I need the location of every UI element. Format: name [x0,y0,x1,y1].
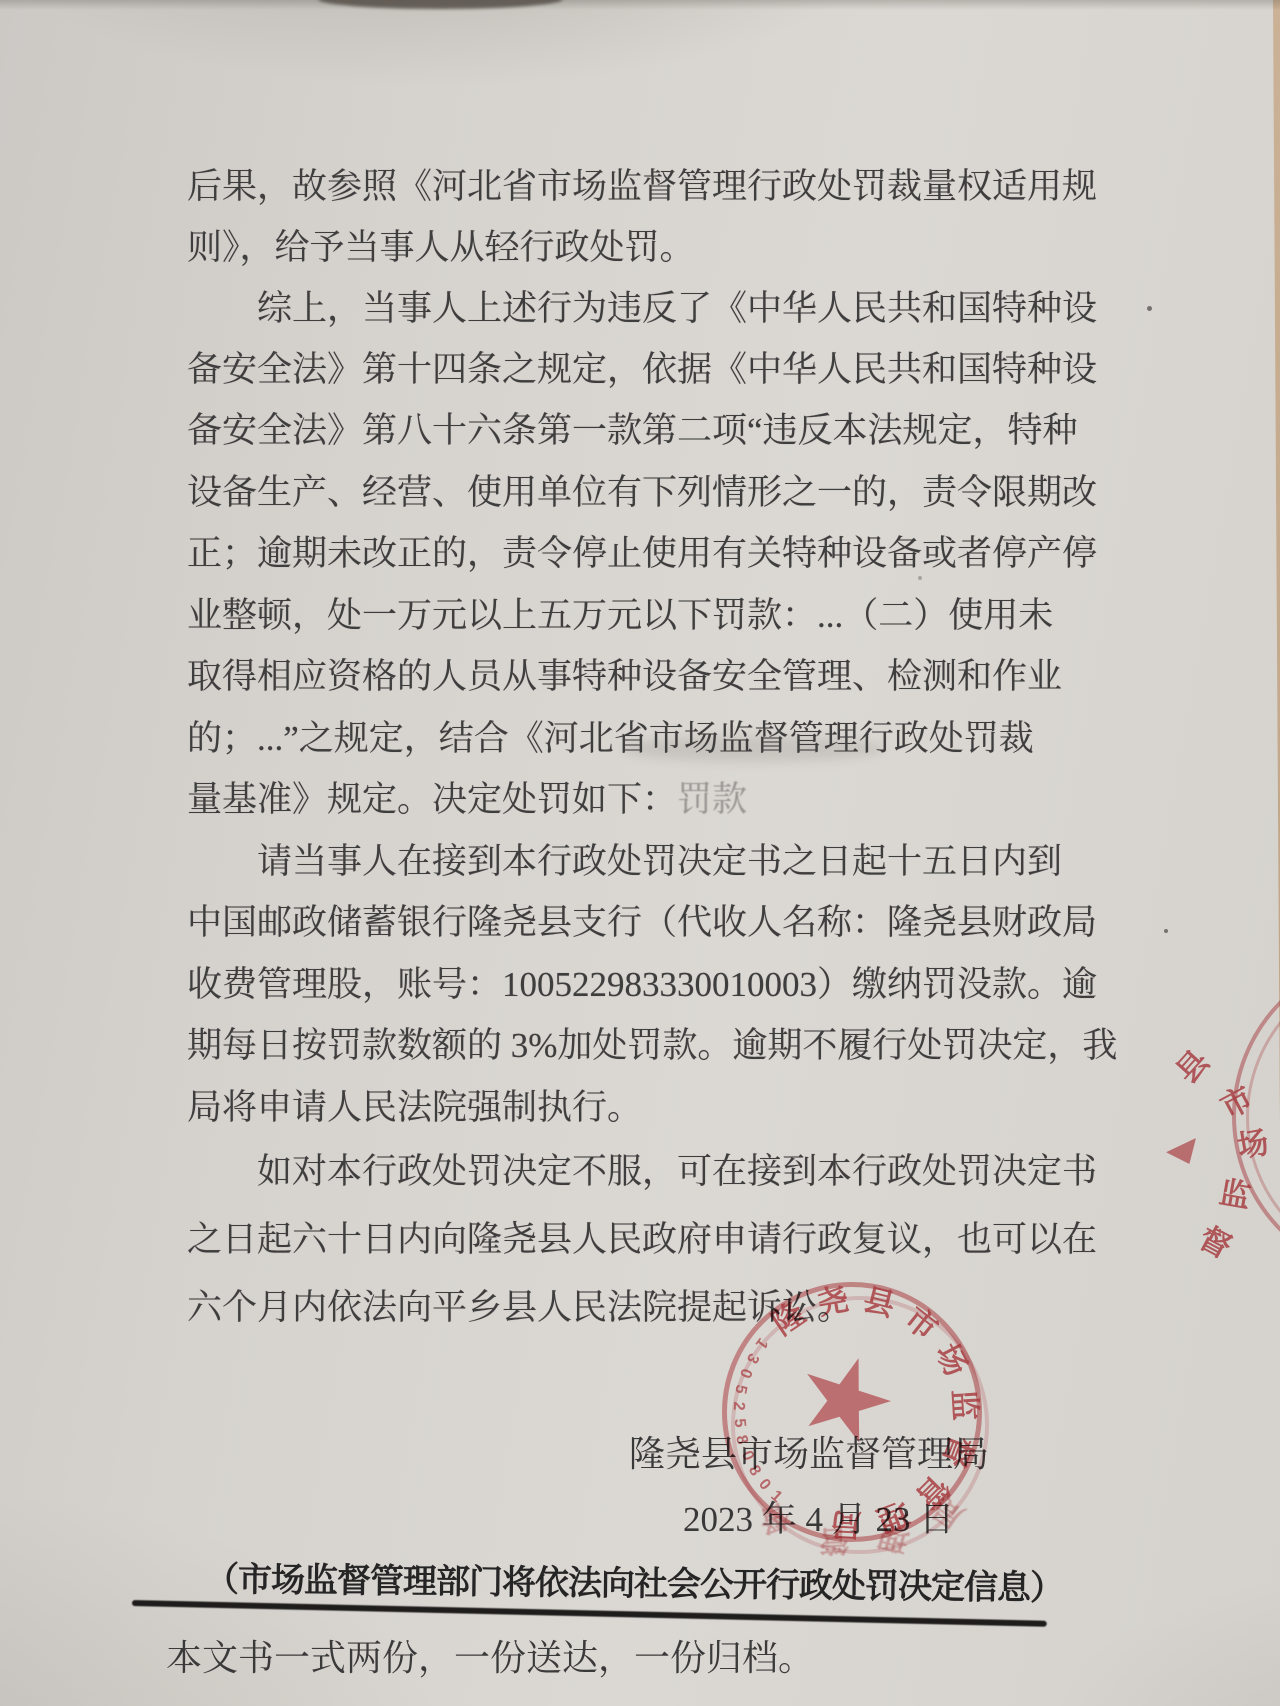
seal-ghost-char: 管 [816,1521,851,1556]
doc-line: 综上，当事人上述行为违反了《中华人民共和国特种设 [257,288,1097,330]
seal-arc-char: 县 [1169,1043,1217,1091]
seal-code-digit: 2 [729,1398,748,1415]
copies-note: 本文书一式两份，一份送达，一份归档。 [166,1630,814,1681]
doc-line: 如对本行政处罚决定不服，可在接到本行政处罚决定书 [257,1151,1097,1193]
star-tip-icon [1166,1138,1196,1164]
doc-line: 期每日按罚款数额的 3%加处罚款。逾期不履行处罚决定，我 [187,1025,1117,1067]
seal-code-digit: 5 [729,1414,748,1432]
doc-line: 取得相应资格的人员从事特种设备安全管理、检测和作业 [187,656,1062,698]
seal-arc-char: 监 [946,1387,982,1423]
seal-arc-char: 监 [1215,1175,1254,1214]
doc-line: 则》，给予当事人从轻行政处罚。 [187,227,695,269]
doc-line-text: 量基准》规定。决定处罚如下： [187,780,677,819]
doc-line: 的；...”之规定，结合《河北省市场监督管理行政处罚裁 [187,718,1034,760]
doc-line: 量基准》规定。决定处罚如下：罚款 [187,779,747,821]
seal-arc-char: 场 [1233,1125,1272,1164]
doc-line: 之日起六十日内向隆尧县人民政府申请行政复议，也可以在 [187,1219,1097,1261]
doc-line: 请当事人在接到本行政处罚决定书之日起十五日内到 [257,841,1062,883]
faded-penalty-text: 罚款 [677,780,747,819]
public-disclosure-note: （市场监督管理部门将依法向社会公开行政处罚决定信息） [205,1552,1063,1610]
doc-line: 业整顿，处一万元以上五万元以下罚款：...（二）使用未 [187,595,1053,637]
doc-line: 收费管理股，账号：100522983330010003）缴纳罚没款。逾 [187,964,1097,1006]
doc-line: 中国邮政储蓄银行隆尧县支行（代收人名称：隆尧县财政局 [187,902,1097,944]
seal-arc-char: 督 [1192,1220,1238,1266]
paper-speck [1164,929,1168,933]
doc-line: 备安全法》第八十六条第一款第二项“违反本法规定，特种 [187,410,1078,452]
doc-line: 局将申请人民法院强制执行。 [187,1087,642,1129]
doc-line: 正；逾期未改正的，责令停止使用有关特种设备或者停产停 [187,533,1097,575]
doc-line: 设备生产、经营、使用单位有下列情形之一的，责令限期改 [187,472,1097,514]
penalty-decision-document-photo: 后果，故参照《河北省市场监督管理行政处罚裁量权适用规 则》，给予当事人从轻行政处… [0,0,1280,1706]
paper-speck [918,576,922,580]
paper-speck [1147,306,1152,311]
paper-top-shadow [0,0,1280,10]
seal-arc-char: 尧 [813,1282,852,1321]
doc-line: 后果，故参照《河北省市场监督管理行政处罚裁量权适用规 [187,166,1097,208]
doc-line: 备安全法》第十四条之规定，依据《中华人民共和国特种设 [187,349,1097,391]
desk-surface-edge-highlight [1252,0,1280,1130]
